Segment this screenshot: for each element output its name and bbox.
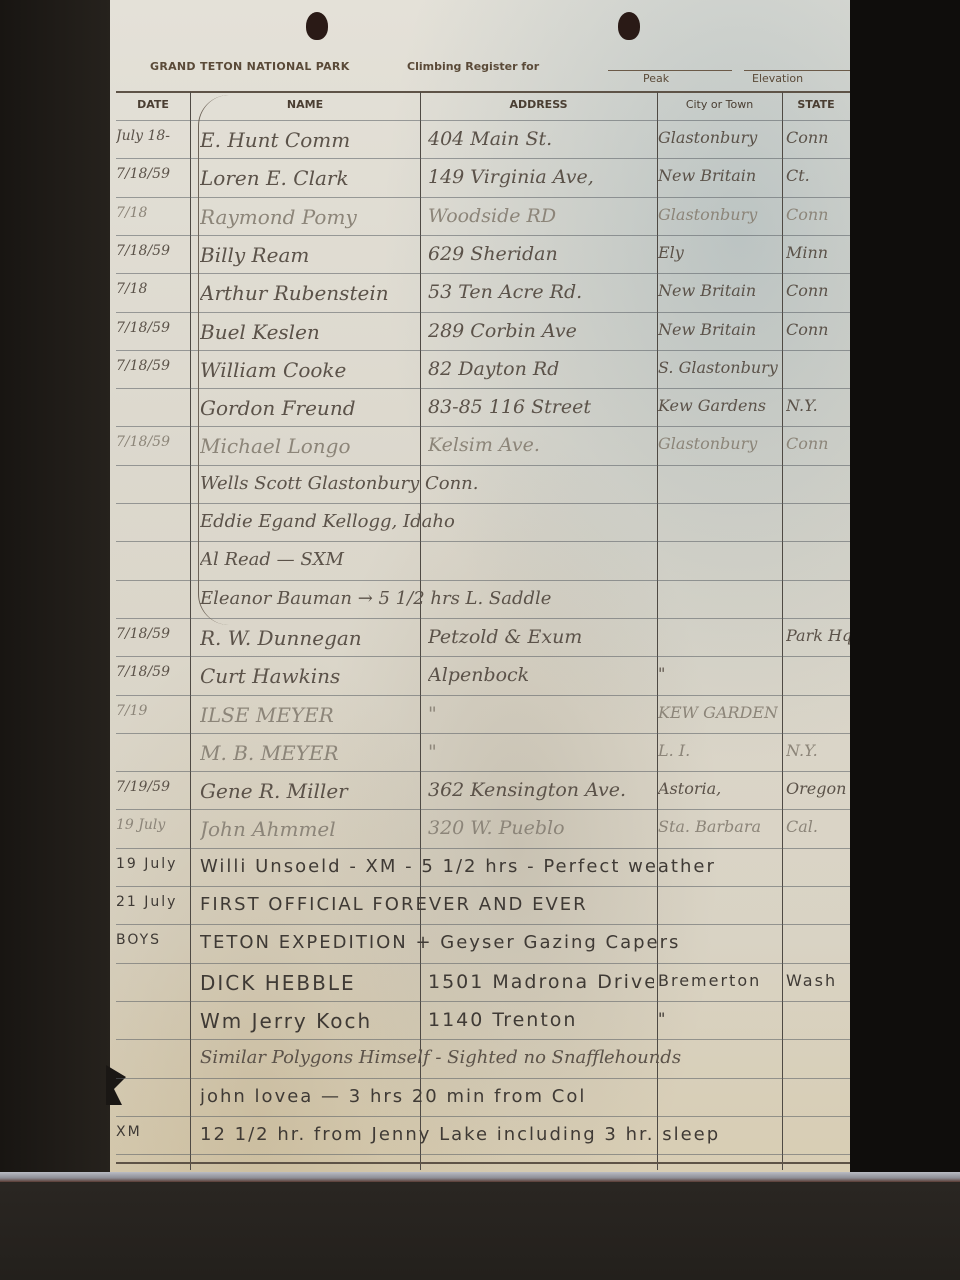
entry-address: ": [428, 703, 654, 725]
entry-name: William Cooke: [200, 358, 420, 382]
ruled-line: [116, 1154, 850, 1155]
ruled-line: [116, 848, 850, 849]
entry-city: Glastonbury: [658, 434, 778, 453]
peak-line: [608, 70, 732, 71]
entry-name: Gordon Freund: [200, 396, 420, 420]
dark-mat-right: [848, 0, 960, 1175]
entry-span: john lovea — 3 hrs 20 min from Col: [200, 1086, 840, 1107]
entry-span: Wells Scott Glastonbury Conn.: [200, 473, 840, 494]
entry-city: New Britain: [658, 166, 778, 185]
entry-state: Park Hq: [786, 626, 850, 645]
ruled-line: [116, 924, 850, 925]
entry-address: 629 Sheridan: [428, 243, 654, 265]
entry-city: ": [658, 1009, 778, 1028]
entry-address: Alpenbock: [428, 664, 654, 686]
dark-mat-left: [0, 0, 112, 1175]
park-name: GRAND TETON NATIONAL PARK: [150, 60, 350, 73]
entry-name: Loren E. Clark: [200, 166, 420, 190]
entry-span: 12 1/2 hr. from Jenny Lake including 3 h…: [200, 1124, 840, 1145]
entry-city: New Britain: [658, 281, 778, 300]
ruled-line: [116, 809, 850, 810]
entry-name: Billy Ream: [200, 243, 420, 267]
entry-city: Glastonbury: [658, 205, 778, 224]
ruled-line: [116, 695, 850, 696]
entry-name: Raymond Pomy: [200, 205, 420, 229]
entry-span: Similar Polygons Himself - Sighted no Sn…: [200, 1047, 840, 1068]
ruled-line: [116, 1001, 850, 1002]
column-header-state: STATE: [782, 98, 850, 111]
entry-state: Ct.: [786, 166, 850, 185]
entry-address: Petzold & Exum: [428, 626, 654, 648]
entry-state: Conn: [786, 128, 850, 147]
entry-state: Oregon: [786, 779, 850, 798]
entry-state: N.Y.: [786, 741, 850, 760]
entry-name: Wm Jerry Koch: [200, 1009, 420, 1033]
entry-date: 7/18: [116, 281, 190, 297]
peak-label: Peak: [643, 72, 669, 85]
entry-name: R. W. Dunnegan: [200, 626, 420, 650]
entry-address: 362 Kensington Ave.: [428, 779, 654, 801]
entry-address: 1140 Trenton: [428, 1009, 654, 1031]
register-label: Climbing Register for: [407, 60, 539, 73]
entry-state: Conn: [786, 281, 850, 300]
ruled-line: [116, 886, 850, 887]
footer-rule: [116, 1162, 850, 1164]
entry-name: Michael Longo: [200, 434, 420, 458]
entry-name: E. Hunt Comm: [200, 128, 420, 152]
entry-address: 82 Dayton Rd: [428, 358, 654, 380]
entry-city: ": [658, 664, 778, 683]
entry-date: 7/18/59: [116, 320, 190, 336]
ruled-line: [116, 1039, 850, 1040]
entry-name: Curt Hawkins: [200, 664, 420, 688]
entry-city: Kew Gardens: [658, 396, 778, 415]
entry-date: 7/18/59: [116, 626, 190, 642]
entry-state: Conn: [786, 205, 850, 224]
entry-date: 7/18/59: [116, 664, 190, 680]
entry-date: 7/18/59: [116, 166, 190, 182]
entry-span: TETON EXPEDITION + Geyser Gazing Capers: [200, 932, 840, 953]
entry-state: Cal.: [786, 817, 850, 836]
entry-city: Bremerton: [658, 971, 778, 990]
entry-date: 7/19: [116, 703, 190, 719]
entry-state: N.Y.: [786, 396, 850, 415]
mat-edge: [0, 1172, 960, 1182]
entry-date: BOYS: [116, 932, 190, 948]
dark-mat-bottom: [0, 1182, 960, 1280]
entry-address: 289 Corbin Ave: [428, 320, 654, 342]
entry-date: 7/18/59: [116, 243, 190, 259]
entry-date: XM: [116, 1124, 190, 1140]
entry-state: Conn: [786, 434, 850, 453]
entry-city: Ely: [658, 243, 778, 262]
column-header-address: ADDRESS: [420, 98, 657, 111]
entry-date: 19 July: [116, 856, 190, 872]
entry-address: 404 Main St.: [428, 128, 654, 150]
elevation-label: Elevation: [752, 72, 803, 85]
entry-address: Kelsim Ave.: [428, 434, 654, 456]
header-rule: [116, 91, 850, 93]
entry-address: 149 Virginia Ave,: [428, 166, 654, 188]
entry-name: Buel Keslen: [200, 320, 420, 344]
ruled-line: [116, 656, 850, 657]
elevation-line: [744, 70, 850, 71]
entry-address: 320 W. Pueblo: [428, 817, 654, 839]
entry-city: L. I.: [658, 741, 778, 760]
entry-date: 21 July: [116, 894, 190, 910]
entry-name: M. B. MEYER: [200, 741, 420, 765]
entry-state: Wash: [786, 971, 850, 990]
ruled-line: [116, 733, 850, 734]
entry-span: Willi Unsoeld - XM - 5 1/2 hrs - Perfect…: [200, 856, 840, 877]
entry-date: 19 July: [116, 817, 190, 833]
entry-address: ": [428, 741, 654, 763]
entry-city: S. Glastonbury: [658, 358, 778, 377]
entry-city: Astoria,: [658, 779, 778, 798]
entry-span: FIRST OFFICIAL FOREVER AND EVER: [200, 894, 840, 915]
entry-city: Glastonbury: [658, 128, 778, 147]
entry-name: Arthur Rubenstein: [200, 281, 420, 305]
entry-span: Eleanor Bauman → 5 1/2 hrs L. Saddle: [200, 588, 840, 609]
punch-hole-right: [618, 12, 640, 40]
entry-city: Sta. Barbara: [658, 817, 778, 836]
entry-date: 7/18: [116, 205, 190, 221]
ruled-line: [116, 1078, 850, 1079]
entry-state: Minn: [786, 243, 850, 262]
entry-name: John Ahmmel: [200, 817, 420, 841]
column-header-city: City or Town: [657, 98, 782, 111]
entry-date: 7/19/59: [116, 779, 190, 795]
entry-date: 7/18/59: [116, 358, 190, 374]
ruled-line: [116, 963, 850, 964]
entry-date: 7/18/59: [116, 434, 190, 450]
entry-name: Gene R. Miller: [200, 779, 420, 803]
entry-span: Eddie Egand Kellogg, Idaho: [200, 511, 840, 532]
entry-address: Woodside RD: [428, 205, 654, 227]
column-divider: [782, 92, 783, 1170]
entry-address: 53 Ten Acre Rd.: [428, 281, 654, 303]
entry-date: July 18-: [116, 128, 190, 144]
torn-corner: [106, 1065, 126, 1105]
climbing-register-sheet: GRAND TETON NATIONAL PARK Climbing Regis…: [110, 0, 850, 1172]
punch-hole-left: [306, 12, 328, 40]
entry-city: New Britain: [658, 320, 778, 339]
entry-name: DICK HEBBLE: [200, 971, 420, 995]
entry-span: Al Read — SXM: [200, 549, 840, 570]
ruled-line: [116, 1116, 850, 1117]
ruled-line: [116, 771, 850, 772]
column-header-date: DATE: [116, 98, 190, 111]
entry-name: ILSE MEYER: [200, 703, 420, 727]
entry-address: 83-85 116 Street: [428, 396, 654, 418]
entry-address: 1501 Madrona Drive: [428, 971, 654, 993]
entry-state: Conn: [786, 320, 850, 339]
column-divider: [420, 92, 421, 1170]
column-divider: [190, 92, 191, 1170]
entry-city: KEW GARDENS: [658, 703, 778, 722]
